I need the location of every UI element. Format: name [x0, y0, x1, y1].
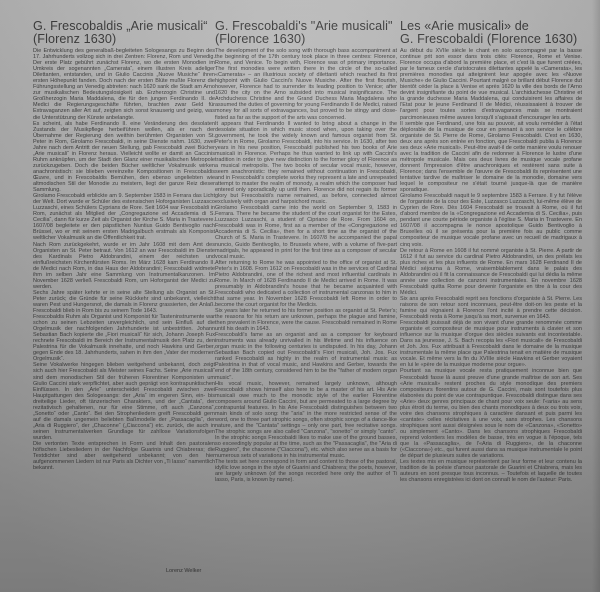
liner-notes-page: G. Frescobaldis „Arie musicali“ (Florenz…	[0, 0, 600, 592]
french-paragraph: De retour à Rome en 1608 il fut nommé or…	[400, 248, 582, 296]
column-english: G. Frescobaldi's "Arie musicali" (Floren…	[215, 20, 397, 483]
french-paragraph: Girolamo Frescobaldi naquit le 9 septemb…	[400, 193, 582, 247]
english-paragraph: Frescobaldi's fame as an organist and as…	[215, 332, 397, 380]
french-paragraph: Frescobaldi jouissait déjà de son vivant…	[400, 320, 582, 368]
english-paragraph: Six years later he returned to his forme…	[215, 308, 397, 332]
english-paragraph: It appears that Ferdinando II wanted to …	[215, 121, 397, 206]
french-title-line1: Les «Arie musicali» de	[400, 19, 529, 33]
english-paragraph: The texts set here correspond in form an…	[215, 459, 397, 483]
french-paragraph: Il semble que Ferdinand, une fois au pou…	[400, 121, 582, 194]
french-paragraph: Pourtant sa musique vocale resta pratiqu…	[400, 368, 582, 459]
german-paragraph: Nach Rom zurückgekehrt, wurde er im Jahr…	[33, 242, 215, 290]
german-paragraph: Die vertonten Texte entsprechen in Form …	[33, 441, 215, 471]
german-paragraph: Es scheint, als habe Ferdinando II. eine…	[33, 121, 215, 194]
english-paragraph: The development of the solo song with th…	[215, 48, 397, 121]
german-paragraph: Sechs Jahre später kehrte er in seine al…	[33, 290, 215, 314]
french-title-line2: G. Frescobaldi (Florence 1630)	[400, 32, 577, 46]
french-paragraph: Les textes mis en musique représentent p…	[400, 459, 582, 483]
author-signature: Lorenz Welker	[166, 568, 201, 574]
english-paragraph: Girolamo Frescobaldi came into the world…	[215, 205, 397, 259]
german-title: G. Frescobaldis „Arie musicali“ (Florenz…	[33, 20, 215, 46]
english-body: The development of the solo song with th…	[215, 48, 397, 483]
german-title-line1: G. Frescobaldis „Arie musicali“	[33, 19, 208, 33]
column-french: Les «Arie musicali» de G. Frescobaldi (F…	[400, 20, 582, 483]
english-paragraph: His vocal music, however, remained large…	[215, 381, 397, 460]
french-body: Au début du XVIIe siècle le chant en sol…	[400, 48, 582, 483]
german-paragraph: Girolamo Frescobaldi erblickte am 9. Sep…	[33, 193, 215, 241]
column-german: G. Frescobaldis „Arie musicali“ (Florenz…	[33, 20, 215, 471]
english-title-line2: (Florence 1630)	[215, 32, 305, 46]
french-paragraph: Au début du XVIIe siècle le chant en sol…	[400, 48, 582, 121]
french-title: Les «Arie musicali» de G. Frescobaldi (F…	[400, 20, 582, 46]
german-paragraph: Die Entwicklung des generalbaß-begleitet…	[33, 48, 215, 121]
german-body: Die Entwicklung des generalbaß-begleitet…	[33, 48, 215, 471]
german-paragraph: Frescobaldis Ruhm als Organist und Kompo…	[33, 314, 215, 362]
page-edge-shadow	[592, 0, 600, 592]
german-paragraph: Seine Vokalwerke hingegen blieben weitge…	[33, 362, 215, 441]
english-paragraph: After returning to Rome he was appointed…	[215, 260, 397, 308]
german-title-line2: (Florenz 1630)	[33, 32, 116, 46]
english-title-line1: G. Frescobaldi's "Arie musicali"	[215, 19, 393, 33]
english-title: G. Frescobaldi's "Arie musicali" (Floren…	[215, 20, 397, 46]
french-paragraph: Six ans après Frescobaldi reprit ses fon…	[400, 296, 582, 320]
